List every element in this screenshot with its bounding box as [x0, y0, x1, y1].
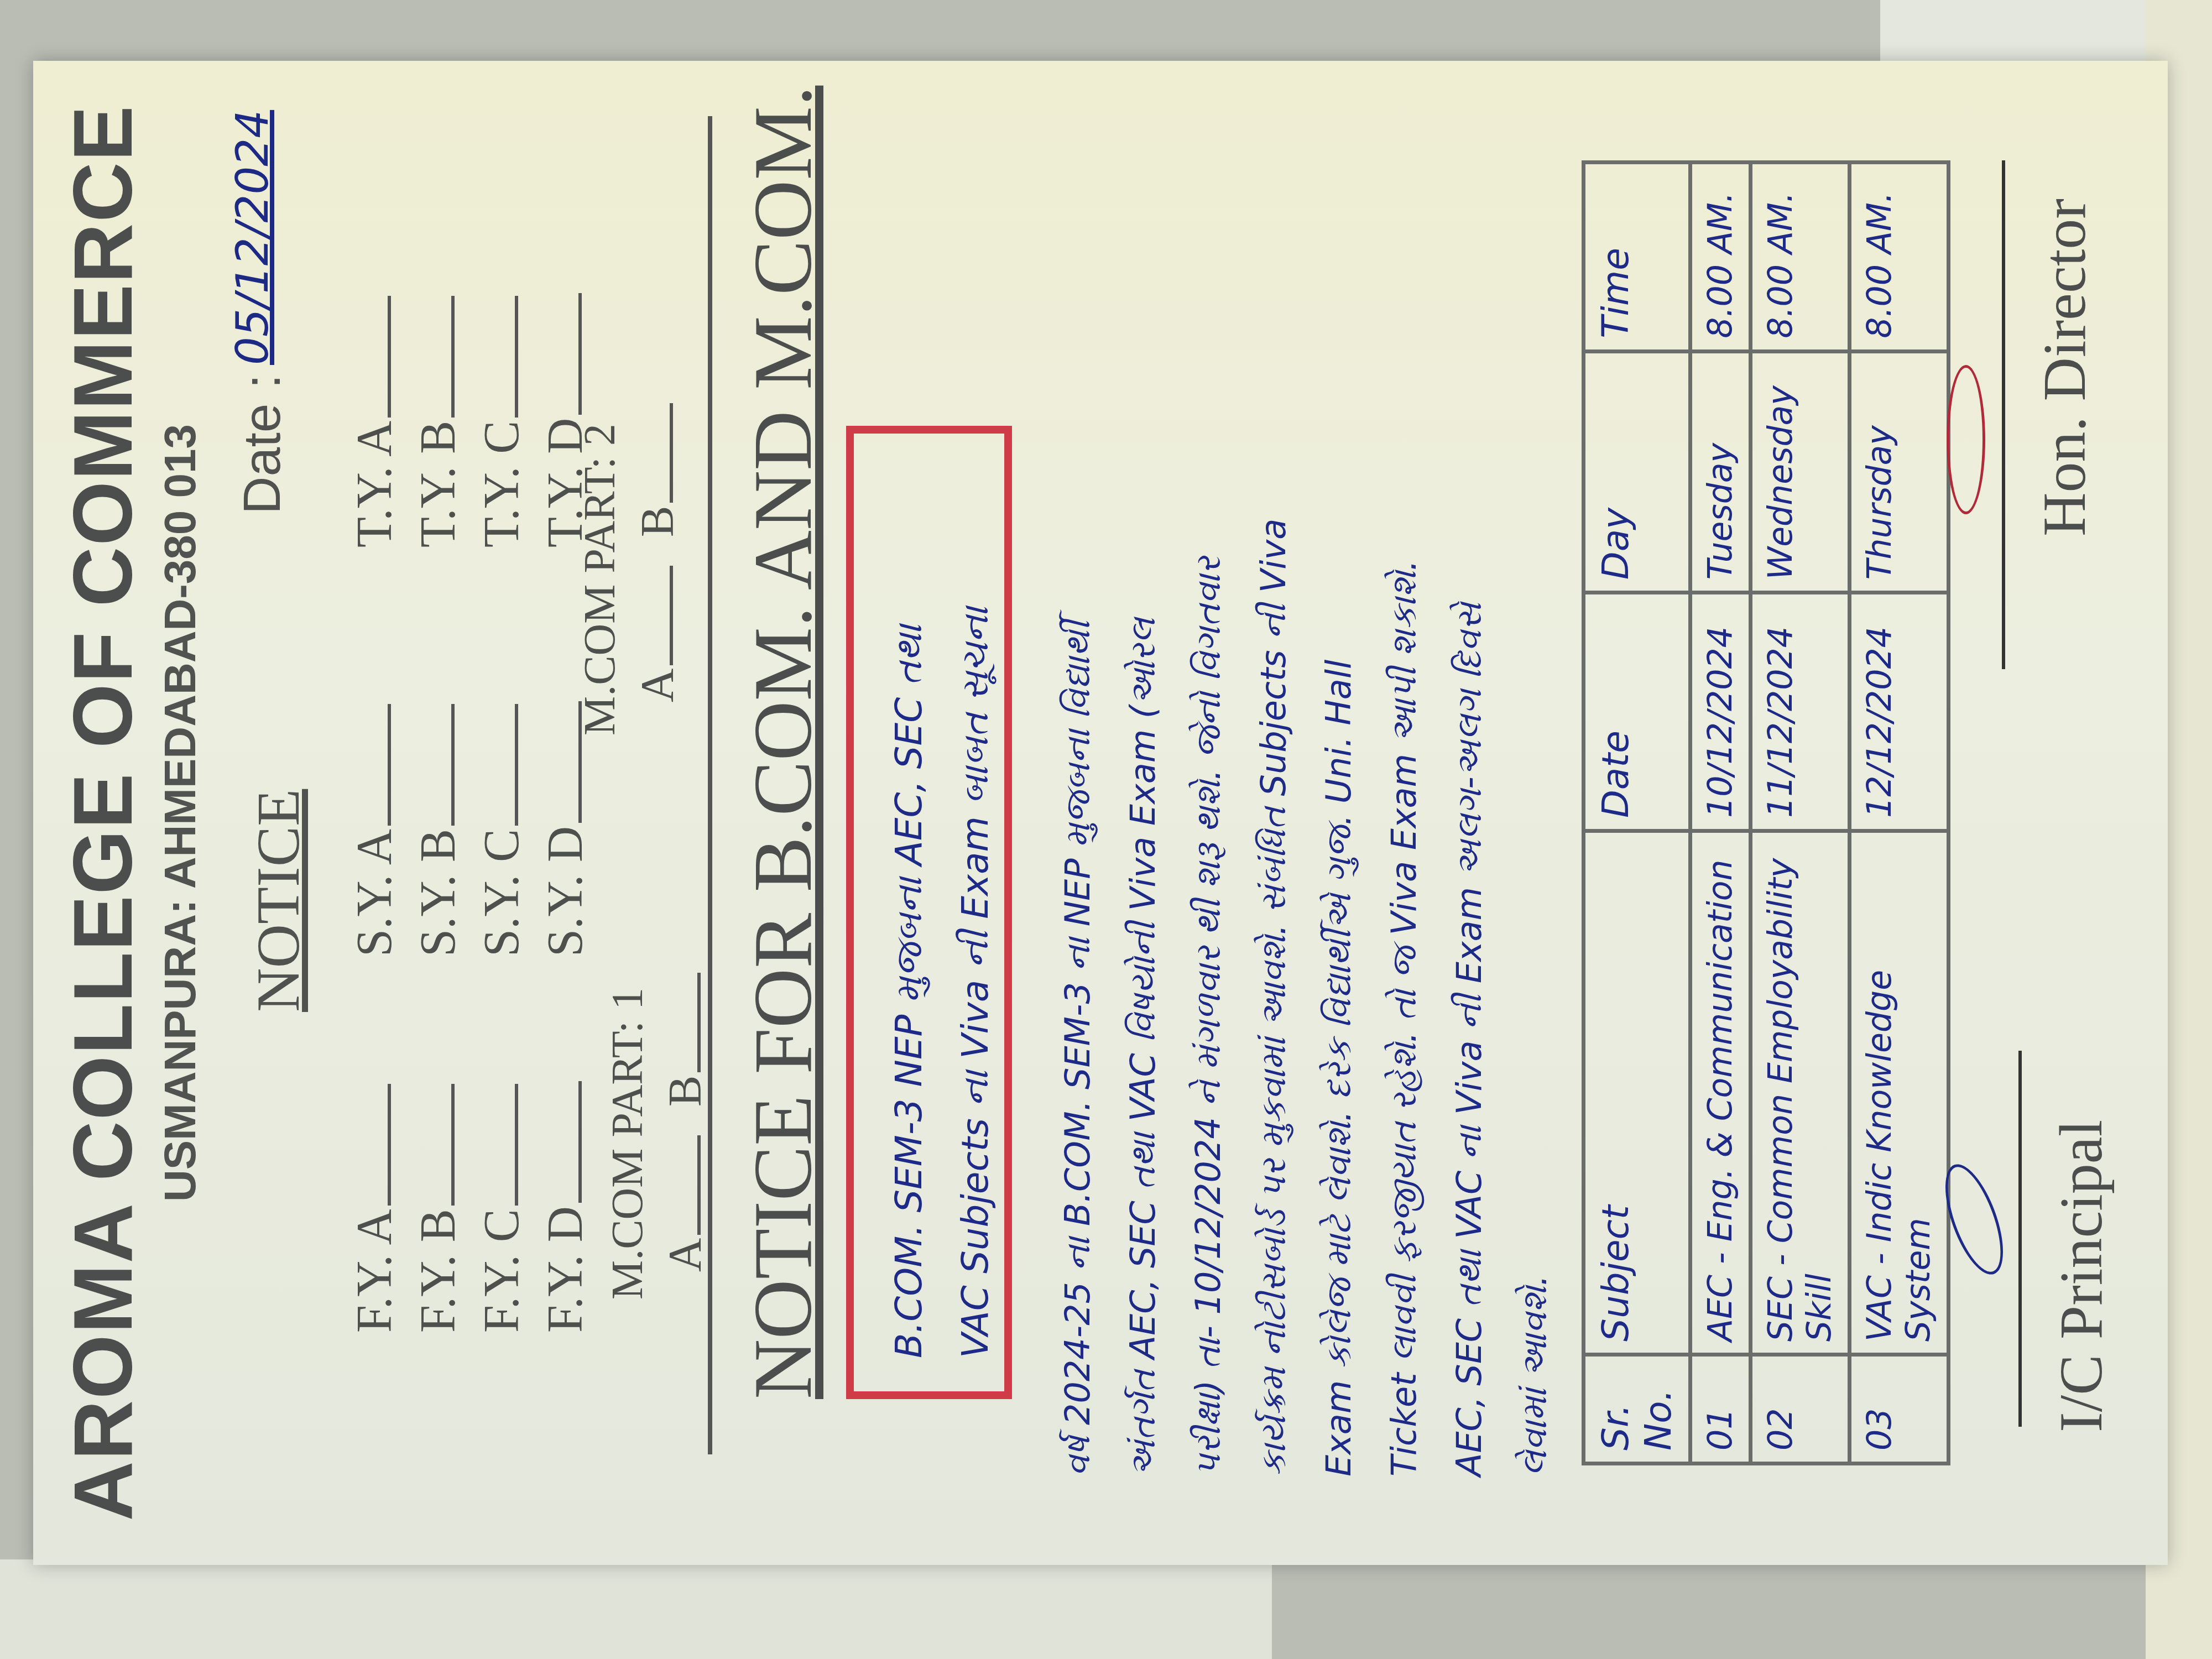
class-label: S.Y. A	[347, 829, 402, 957]
cell-date: 10/12/2024	[1691, 593, 1751, 831]
schedule-table: Sr. No. Subject Date Day Time 01 AEC - E…	[1582, 160, 1950, 1465]
class-row: S.Y. C	[470, 701, 534, 957]
division-label: B	[659, 1076, 711, 1107]
blank-line	[388, 1084, 391, 1206]
blank-line	[670, 403, 673, 503]
header-sr-no: Sr. No.	[1584, 1355, 1691, 1464]
mcom-part1-label: M.COM PART: 1	[603, 988, 653, 1300]
division-label: B	[632, 506, 684, 538]
body-line: Ticket લાવવી ફરજીયાત રહેશે. તો જ Viva Ex…	[1371, 149, 1437, 1477]
class-label: S.Y. C	[474, 829, 529, 957]
underlying-paper-left	[0, 1559, 1272, 1659]
blank-line	[670, 566, 673, 665]
blank-line	[578, 293, 582, 415]
cell-time: 8.00 AM.	[1691, 163, 1751, 352]
date-value: 05/12/2024	[227, 110, 278, 365]
body-line: વર્ષ 2024-25 ના B.COM. SEM-3 ના NEP મુજબ…	[1045, 149, 1110, 1477]
class-label: F.Y. A	[347, 1209, 402, 1333]
class-row: T.Y. B	[406, 293, 470, 547]
class-label: T.Y. C	[474, 421, 529, 547]
college-address: USMANPURA: AHMEDABAD-380 013	[155, 61, 206, 1565]
class-label: T.Y. A	[347, 421, 402, 547]
notice-sheet-wrapper: AROMA COLLEGE OF COMMERCE USMANPURA: AHM…	[33, 61, 2190, 1565]
college-name: AROMA COLLEGE OF COMMERCE	[55, 61, 151, 1565]
header-date: Date	[1584, 593, 1691, 831]
blank-line	[515, 704, 518, 826]
body-line: AEC, SEC તથા VAC ના Viva ની Exam અલગ-અલગ…	[1437, 149, 1502, 1477]
blank-line	[515, 1084, 518, 1206]
section-divider	[708, 116, 712, 1454]
class-row: S.Y. A	[343, 701, 406, 957]
principal-label: I/C Principal	[2046, 1120, 2116, 1432]
ty-class-list: T.Y. A T.Y. B T.Y. C T.Y. D	[343, 293, 597, 547]
class-label: S.Y. D	[538, 826, 593, 957]
director-label: Hon. Director	[2030, 199, 2100, 536]
blank-line	[388, 704, 391, 826]
cell-subject: VAC - Indic Knowledge System	[1850, 831, 1949, 1355]
class-row: S.Y. B	[406, 701, 470, 957]
mcom-part1-divisions: A B	[658, 956, 712, 1272]
class-row: T.Y. C	[470, 293, 534, 547]
table-row: 02 SEC - Common Employability Skill 11/1…	[1751, 163, 1850, 1464]
class-row: F.Y. A	[343, 1081, 406, 1333]
blank-line	[578, 1081, 582, 1203]
class-label: T.Y. B	[411, 421, 466, 547]
sy-class-list: S.Y. A S.Y. B S.Y. C S.Y. D	[343, 701, 597, 957]
cell-subject: AEC - Eng. & Communication	[1691, 831, 1751, 1355]
class-row: F.Y. D	[534, 1081, 597, 1333]
cell-day: Tuesday	[1691, 351, 1751, 592]
cell-time: 8.00 AM.	[1751, 163, 1850, 352]
class-row: F.Y. B	[406, 1081, 470, 1333]
cell-date: 12/12/2024	[1850, 593, 1949, 831]
class-row: F.Y. C	[470, 1081, 534, 1333]
blank-line	[451, 296, 455, 418]
blank-line	[697, 1135, 701, 1235]
blank-line	[697, 973, 701, 1072]
class-row: T.Y. A	[343, 293, 406, 547]
mcom-part2-label: M.COM PART: 2	[575, 424, 625, 735]
date-label: Date :	[232, 374, 293, 514]
class-row: S.Y. D	[534, 701, 597, 957]
cell-day: Wednesday	[1751, 351, 1850, 592]
body-line: અંતર્ગત AEC, SEC તથા VAC વિષયોની Viva Ex…	[1110, 149, 1176, 1477]
class-label: F.Y. C	[474, 1209, 529, 1333]
header-day: Day	[1584, 351, 1691, 592]
blank-line	[515, 296, 518, 418]
blank-line	[388, 296, 391, 418]
boxed-subject: B.COM. SEM-3 NEP મુજબના AEC, SEC તથા VAC…	[846, 426, 1012, 1399]
boxed-subject-line: B.COM. SEM-3 NEP મુજબના AEC, SEC તથા	[876, 467, 942, 1358]
main-heading: NOTICE FOR B.COM. AND M.COM.	[735, 86, 831, 1399]
blank-line	[451, 1084, 455, 1206]
header-time: Time	[1584, 163, 1691, 352]
body-paragraph: વર્ષ 2024-25 ના B.COM. SEM-3 ના NEP મુજબ…	[1045, 149, 1567, 1477]
header-subject: Subject	[1584, 831, 1691, 1355]
body-line: પરીક્ષા) તા- 10/12/2024 ને મંગળવાર થી શર…	[1176, 149, 1241, 1477]
cell-subject: SEC - Common Employability Skill	[1751, 831, 1850, 1355]
body-line: કાર્યક્રમ નોટીસબોર્ડ પર મુકવામાં આવશે. સ…	[1241, 149, 1306, 1477]
director-signature-line	[2002, 160, 2005, 669]
body-line: લેવામાં આવશે.	[1502, 149, 1567, 1477]
boxed-subject-line: VAC Subjects ના Viva ની Exam બાબત સૂચના	[942, 467, 1009, 1358]
cell-time: 8.00 AM.	[1850, 163, 1949, 352]
mcom-part2-divisions: A B	[630, 387, 685, 702]
class-label: F.Y. B	[411, 1209, 466, 1333]
cell-sr: 01	[1691, 1355, 1751, 1464]
division-label: A	[659, 1238, 711, 1272]
table-row: 01 AEC - Eng. & Communication 10/12/2024…	[1691, 163, 1751, 1464]
division-label: A	[632, 669, 684, 702]
class-label: S.Y. B	[411, 829, 466, 957]
director-signature	[1947, 365, 1985, 514]
cell-day: Thursday	[1850, 351, 1949, 592]
class-label: F.Y. D	[538, 1206, 593, 1333]
cell-sr: 02	[1751, 1355, 1850, 1464]
table-header-row: Sr. No. Subject Date Day Time	[1584, 163, 1691, 1464]
principal-signature-line	[2018, 1051, 2022, 1427]
blank-line	[451, 704, 455, 826]
cell-sr: 03	[1850, 1355, 1949, 1464]
fy-class-list: F.Y. A F.Y. B F.Y. C F.Y. D	[343, 1081, 597, 1333]
cell-date: 11/12/2024	[1751, 593, 1850, 831]
notice-sheet: AROMA COLLEGE OF COMMERCE USMANPURA: AHM…	[33, 61, 2168, 1565]
table-row: 03 VAC - Indic Knowledge System 12/12/20…	[1850, 163, 1949, 1464]
body-line: Exam કોલેજ માટે લેવાશે. દરેક વિદ્યાર્થીએ…	[1306, 149, 1371, 1477]
notice-label: NOTICE	[243, 789, 314, 1012]
